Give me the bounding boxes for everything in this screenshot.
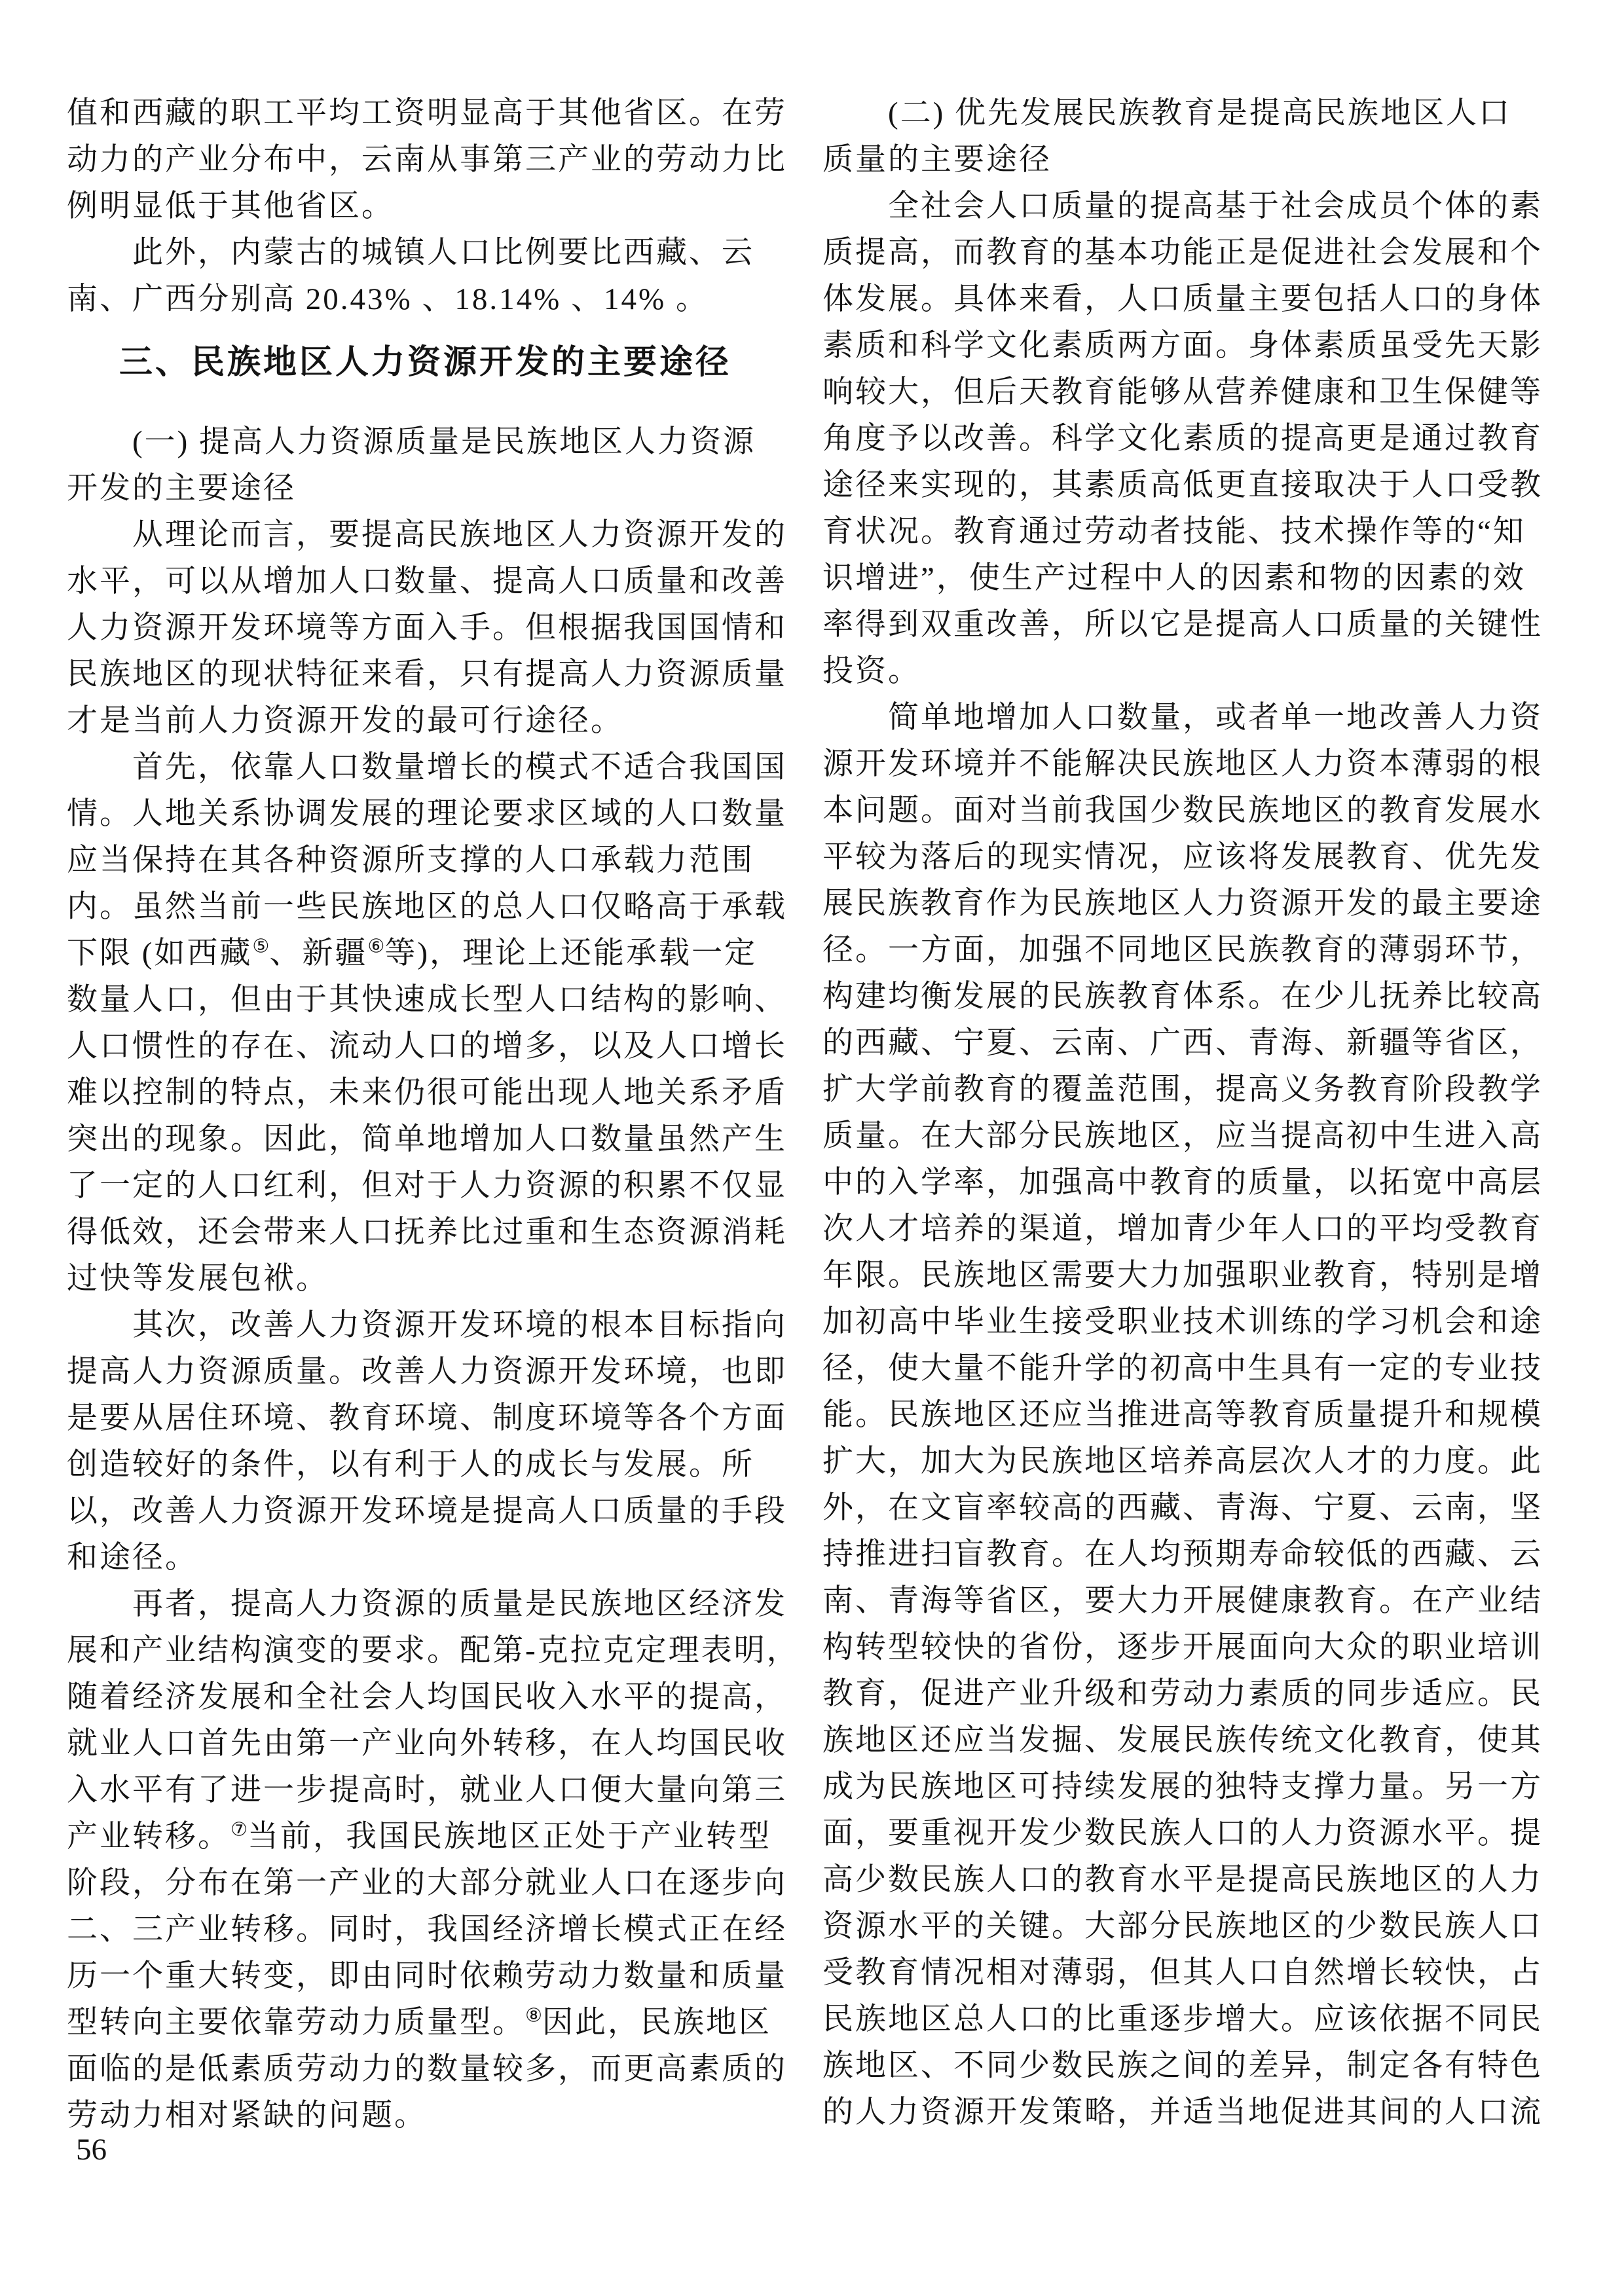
text-line: 资源水平的关键。大部分民族地区的少数民族人口 bbox=[822, 1903, 1576, 1950]
footnote-marker: ⑧ bbox=[525, 2005, 542, 2026]
document-page: 值和西藏的职工平均工资明显高于其他省区。在劳动力的产业分布中，云南从事第三产业的… bbox=[0, 0, 1624, 2295]
text-line: 扩大，加大为民族地区培养高层次人才的力度。此 bbox=[822, 1439, 1576, 1485]
text-line: 投资。 bbox=[822, 648, 1576, 695]
text-line: 二、三产业转移。同时，我国经济增长模式正在经 bbox=[67, 1907, 797, 1953]
text-line: 阶段，分布在第一产业的大部分就业人口在逐步向 bbox=[67, 1860, 797, 1907]
text-line: 识增进”，使生产过程中人的因素和物的因素的效 bbox=[822, 555, 1576, 602]
text-line: 例明显低于其他省区。 bbox=[67, 183, 797, 230]
text-line: 年限。民族地区需要大力加强职业教育，特别是增 bbox=[822, 1253, 1576, 1299]
text-line: 以，改善人力资源开发环境是提高人口质量的手段 bbox=[67, 1488, 797, 1535]
text-line: 率得到双重改善，所以它是提高人口质量的关键性 bbox=[822, 602, 1576, 648]
text-line: 高少数民族人口的教育水平是提高民族地区的人力 bbox=[822, 1857, 1576, 1903]
text-line: 入水平有了进一步提高时，就业人口便大量向第三 bbox=[67, 1767, 797, 1814]
text-line: 型转向主要依靠劳动力质量型。⑧因此，民族地区 bbox=[67, 2000, 797, 2046]
text-line: 面，要重视开发少数民族人口的人力资源水平。提 bbox=[822, 1810, 1576, 1857]
text-line: 随着经济发展和全社会人均国民收入水平的提高， bbox=[67, 1674, 797, 1721]
text-line: 水平，可以从增加人口数量、提高人口质量和改善 bbox=[67, 559, 797, 605]
footnote-marker: ⑤ bbox=[252, 936, 269, 957]
text-line: 径。一方面，加强不同地区民族教育的薄弱环节， bbox=[822, 927, 1576, 974]
text-line: 和途径。 bbox=[67, 1535, 797, 1581]
text-line: 质提高，而教育的基本功能正是促进社会发展和个 bbox=[822, 230, 1576, 276]
text-line: 本问题。面对当前我国少数民族地区的教育发展水 bbox=[822, 788, 1576, 834]
text-line: 劳动力相对紧缺的问题。 bbox=[67, 2093, 797, 2139]
text-line: 人力资源开发环境等方面入手。但根据我国国情和 bbox=[67, 605, 797, 652]
text-line: 响较大，但后天教育能够从营养健康和卫生保健等 bbox=[822, 369, 1576, 416]
text-line: 成为民族地区可持续发展的独特支撑力量。另一方 bbox=[822, 1764, 1576, 1810]
text-line: 加初高中毕业生接受职业技术训练的学习机会和途 bbox=[822, 1299, 1576, 1346]
right-column: (二) 优先发展民族教育是提高民族地区人口质量的主要途径全社会人口质量的提高基于… bbox=[822, 90, 1576, 2136]
text-line: 从理论而言，要提高民族地区人力资源开发的 bbox=[67, 512, 797, 559]
text-line: 过快等发展包袱。 bbox=[67, 1256, 797, 1302]
text-line: 教育，促进产业升级和劳动力素质的同步适应。民 bbox=[822, 1671, 1576, 1717]
text-line: 了一定的人口红利，但对于人力资源的积累不仅显 bbox=[67, 1163, 797, 1209]
text-line: 径，使大量不能升学的初高中生具有一定的专业技 bbox=[822, 1346, 1576, 1392]
text-line: 历一个重大转变，即由同时依赖劳动力数量和质量 bbox=[67, 1953, 797, 2000]
text-line: 面临的是低素质劳动力的数量较多，而更高素质的 bbox=[67, 2046, 797, 2093]
text-line: 应当保持在其各种资源所支撑的人口承载力范围 bbox=[67, 837, 797, 884]
text-line: 得低效，还会带来人口抚养比过重和生态资源消耗 bbox=[67, 1209, 797, 1256]
text-line: 全社会人口质量的提高基于社会成员个体的素 bbox=[822, 183, 1576, 230]
text-line: 源开发环境并不能解决民族地区人力资本薄弱的根 bbox=[822, 741, 1576, 788]
text-line: 体发展。具体来看，人口质量主要包括人口的身体 bbox=[822, 276, 1576, 323]
page-number: 56 bbox=[76, 2127, 107, 2173]
text-line: 途径来实现的，其素质高低更直接取决于人口受教 bbox=[822, 462, 1576, 509]
text-line: 素质和科学文化素质两方面。身体素质虽受先天影 bbox=[822, 323, 1576, 369]
text-line: 创造较好的条件，以有利于人的成长与发展。所 bbox=[67, 1442, 797, 1488]
text-line: 南、广西分别高 20.43% 、18.14% 、14% 。 bbox=[67, 276, 797, 323]
footnote-marker: ⑥ bbox=[367, 936, 384, 957]
text-line: 族地区、不同少数民族之间的差异，制定各有特色 bbox=[822, 2043, 1576, 2089]
text-line: 角度予以改善。科学文化素质的提高更是通过教育 bbox=[822, 416, 1576, 462]
text-line: 下限 (如西藏⑤、新疆⑥等)，理论上还能承载一定 bbox=[67, 930, 797, 977]
text-line: 次人才培养的渠道，增加青少年人口的平均受教育 bbox=[822, 1206, 1576, 1253]
subheading-line: 开发的主要途径 bbox=[67, 466, 797, 512]
text-line: 族地区还应当发掘、发展民族传统文化教育，使其 bbox=[822, 1717, 1576, 1764]
text-line: 动力的产业分布中，云南从事第三产业的劳动力比 bbox=[67, 137, 797, 183]
text-line: 的人力资源开发策略，并适当地促进其间的人口流 bbox=[822, 2089, 1576, 2136]
left-column: 值和西藏的职工平均工资明显高于其他省区。在劳动力的产业分布中，云南从事第三产业的… bbox=[67, 90, 797, 2139]
subheading-line: (一) 提高人力资源质量是民族地区人力资源 bbox=[67, 419, 797, 466]
text-line: 提高人力资源质量。改善人力资源开发环境，也即 bbox=[67, 1349, 797, 1395]
text-line: 质量。在大部分民族地区，应当提高初中生进入高 bbox=[822, 1113, 1576, 1160]
text-line: 此外，内蒙古的城镇人口比例要比西藏、云 bbox=[67, 230, 797, 276]
subheading-line: 质量的主要途径 bbox=[822, 137, 1576, 183]
text-line: 展民族教育作为民族地区人力资源开发的最主要途 bbox=[822, 881, 1576, 927]
text-line: 就业人口首先由第一产业向外转移，在人均国民收 bbox=[67, 1721, 797, 1767]
text-line: 产业转移。⑦当前，我国民族地区正处于产业转型 bbox=[67, 1814, 797, 1860]
text-line: 构建均衡发展的民族教育体系。在少儿抚养比较高 bbox=[822, 974, 1576, 1020]
text-line: 中的入学率，加强高中教育的质量，以拓宽中高层 bbox=[822, 1160, 1576, 1206]
text-line: 首先，依靠人口数量增长的模式不适合我国国 bbox=[67, 744, 797, 791]
text-line: 突出的现象。因此，简单地增加人口数量虽然产生 bbox=[67, 1116, 797, 1163]
text-line: 民族地区总人口的比重逐步增大。应该依据不同民 bbox=[822, 1996, 1576, 2043]
text-line: 内。虽然当前一些民族地区的总人口仅略高于承载 bbox=[67, 884, 797, 930]
text-line: 受教育情况相对薄弱，但其人口自然增长较快，占 bbox=[822, 1950, 1576, 1996]
text-line: 扩大学前教育的覆盖范围，提高义务教育阶段教学 bbox=[822, 1067, 1576, 1113]
text-line: 情。人地关系协调发展的理论要求区域的人口数量 bbox=[67, 791, 797, 837]
text-line: 人口惯性的存在、流动人口的增多，以及人口增长 bbox=[67, 1023, 797, 1070]
footnote-marker: ⑦ bbox=[231, 1819, 248, 1840]
text-line: 才是当前人力资源开发的最可行途径。 bbox=[67, 698, 797, 744]
text-line: 育状况。教育通过劳动者技能、技术操作等的“知 bbox=[822, 509, 1576, 555]
text-line: 持推进扫盲教育。在人均预期寿命较低的西藏、云 bbox=[822, 1532, 1576, 1578]
text-line: 简单地增加人口数量，或者单一地改善人力资 bbox=[822, 695, 1576, 741]
text-line: 外，在文盲率较高的西藏、青海、宁夏、云南，坚 bbox=[822, 1485, 1576, 1532]
text-line: 的西藏、宁夏、云南、广西、青海、新疆等省区， bbox=[822, 1020, 1576, 1067]
text-line: 平较为落后的现实情况，应该将发展教育、优先发 bbox=[822, 834, 1576, 881]
text-line: 再者，提高人力资源的质量是民族地区经济发 bbox=[67, 1581, 797, 1628]
text-line: 数量人口，但由于其快速成长型人口结构的影响、 bbox=[67, 977, 797, 1023]
text-line: 难以控制的特点，未来仍很可能出现人地关系矛盾 bbox=[67, 1070, 797, 1116]
text-line: 是要从居住环境、教育环境、制度环境等各个方面 bbox=[67, 1395, 797, 1442]
text-line: 民族地区的现状特征来看，只有提高人力资源质量 bbox=[67, 652, 797, 698]
text-line: 其次，改善人力资源开发环境的根本目标指向 bbox=[67, 1302, 797, 1349]
section-heading: 三、民族地区人力资源开发的主要途径 bbox=[67, 340, 797, 386]
subheading-line: (二) 优先发展民族教育是提高民族地区人口 bbox=[822, 90, 1576, 137]
text-line: 构转型较快的省份，逐步开展面向大众的职业培训 bbox=[822, 1625, 1576, 1671]
text-line: 值和西藏的职工平均工资明显高于其他省区。在劳 bbox=[67, 90, 797, 137]
text-line: 展和产业结构演变的要求。配第-克拉克定理表明， bbox=[67, 1628, 797, 1674]
text-line: 南、青海等省区，要大力开展健康教育。在产业结 bbox=[822, 1578, 1576, 1625]
text-line: 能。民族地区还应当推进高等教育质量提升和规模 bbox=[822, 1392, 1576, 1439]
